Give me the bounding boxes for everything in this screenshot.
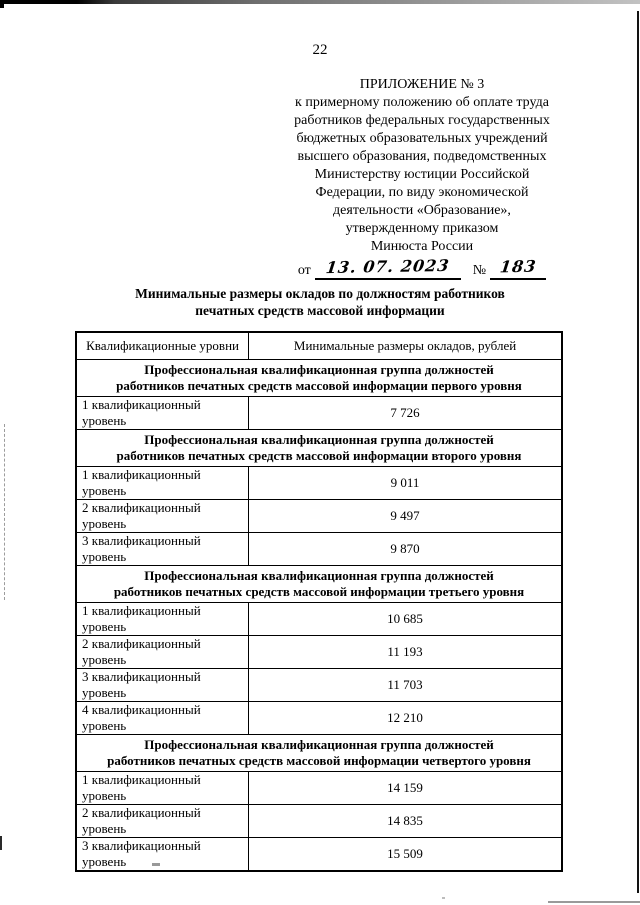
appendix-line: к примерному положению об оплате труда	[282, 94, 562, 112]
column-header-salaries: Минимальные размеры окладов, рублей	[249, 332, 562, 360]
salary-cell: 14 835	[249, 805, 562, 838]
document-title: Минимальные размеры окладов по должностя…	[0, 286, 640, 319]
group-title-level-2: Профессиональная квалификационная группа…	[76, 430, 562, 467]
appendix-line: работников федеральных государственных	[282, 112, 562, 130]
document-page: 22 ПРИЛОЖЕНИЕ № 3 к примерному положению…	[0, 0, 640, 905]
document-title-line-2: печатных средств массовой информации	[0, 303, 640, 320]
scan-artifact-left-dashes	[4, 424, 5, 600]
salary-cell: 7 726	[249, 397, 562, 430]
salary-cell: 9 011	[249, 467, 562, 500]
level-cell: 1 квалификационный уровень	[76, 467, 249, 500]
salary-cell: 9 870	[249, 533, 562, 566]
table-row: 3 квалификационный уровень 15 509	[76, 838, 562, 872]
group-header-row: Профессиональная квалификационная группа…	[76, 735, 562, 772]
scan-artifact-dot	[442, 897, 445, 899]
salary-cell: 15 509	[249, 838, 562, 872]
salary-cell: 10 685	[249, 603, 562, 636]
table-row: 2 квалификационный уровень 14 835	[76, 805, 562, 838]
column-header-levels: Квалификационные уровни	[76, 332, 249, 360]
appendix-line: высшего образования, подведомственных	[282, 148, 562, 166]
group-header-row: Профессиональная квалификационная группа…	[76, 430, 562, 467]
page-number: 22	[0, 42, 640, 59]
number-prefix: №	[473, 263, 486, 278]
level-cell: 1 квалификационный уровень	[76, 772, 249, 805]
table-row: 2 квалификационный уровень 11 193	[76, 636, 562, 669]
level-cell: 3 квалификационный уровень	[76, 669, 249, 702]
handwritten-date: 13. 07. 2023	[325, 257, 451, 277]
level-cell: 2 квалификационный уровень	[76, 636, 249, 669]
table-row: 2 квалификационный уровень 9 497	[76, 500, 562, 533]
salary-cell: 11 703	[249, 669, 562, 702]
table-row: 1 квалификационный уровень 7 726	[76, 397, 562, 430]
appendix-line: Минюста России	[282, 238, 562, 256]
appendix-line: деятельности «Образование»,	[282, 202, 562, 220]
group-title-level-1: Профессиональная квалификационная группа…	[76, 360, 562, 397]
appendix-line: Министерству юстиции Российской	[282, 166, 562, 184]
group-header-row: Профессиональная квалификационная группа…	[76, 566, 562, 603]
table-row: 3 квалификационный уровень 9 870	[76, 533, 562, 566]
salary-cell: 11 193	[249, 636, 562, 669]
level-cell: 2 квалификационный уровень	[76, 500, 249, 533]
appendix-date-line: от13. 07. 2023№183	[282, 258, 562, 280]
table-row: 1 квалификационный уровень 14 159	[76, 772, 562, 805]
appendix-line: ПРИЛОЖЕНИЕ № 3	[282, 76, 562, 94]
group-title-level-4: Профессиональная квалификационная группа…	[76, 735, 562, 772]
table-header-row: Квалификационные уровни Минимальные разм…	[76, 332, 562, 360]
scan-artifact-top-edge	[0, 0, 640, 4]
salary-cell: 12 210	[249, 702, 562, 735]
salary-cell: 9 497	[249, 500, 562, 533]
appendix-line: Федерации, по виду экономической	[282, 184, 562, 202]
salary-cell: 14 159	[249, 772, 562, 805]
level-cell: 1 квалификационный уровень	[76, 397, 249, 430]
level-cell: 3 квалификационный уровень	[76, 533, 249, 566]
date-underline: 13. 07. 2023	[315, 258, 461, 280]
level-cell: 2 квалификационный уровень	[76, 805, 249, 838]
scan-artifact-right-edge	[637, 11, 639, 893]
level-cell: 1 квалификационный уровень	[76, 603, 249, 636]
salary-table: Квалификационные уровни Минимальные разм…	[75, 331, 563, 872]
level-cell: 4 квалификационный уровень	[76, 702, 249, 735]
scan-artifact-bottom-right-line	[548, 901, 640, 903]
table-row: 3 квалификационный уровень 11 703	[76, 669, 562, 702]
table-row: 1 квалификационный уровень 9 011	[76, 467, 562, 500]
appendix-header-block: ПРИЛОЖЕНИЕ № 3 к примерному положению об…	[282, 76, 562, 280]
document-title-line-1: Минимальные размеры окладов по должностя…	[0, 286, 640, 303]
number-underline: 183	[490, 258, 546, 280]
scan-artifact-bottom-left-tick	[0, 836, 2, 850]
scan-artifact-top-left-tick	[0, 0, 4, 8]
date-prefix: от	[298, 263, 311, 278]
table-row: 4 квалификационный уровень 12 210	[76, 702, 562, 735]
level-cell: 3 квалификационный уровень	[76, 838, 249, 872]
appendix-line: бюджетных образовательных учреждений	[282, 130, 562, 148]
handwritten-number: 183	[499, 258, 538, 277]
table-row: 1 квалификационный уровень 10 685	[76, 603, 562, 636]
group-title-level-3: Профессиональная квалификационная группа…	[76, 566, 562, 603]
appendix-line: утвержденному приказом	[282, 220, 562, 238]
group-header-row: Профессиональная квалификационная группа…	[76, 360, 562, 397]
